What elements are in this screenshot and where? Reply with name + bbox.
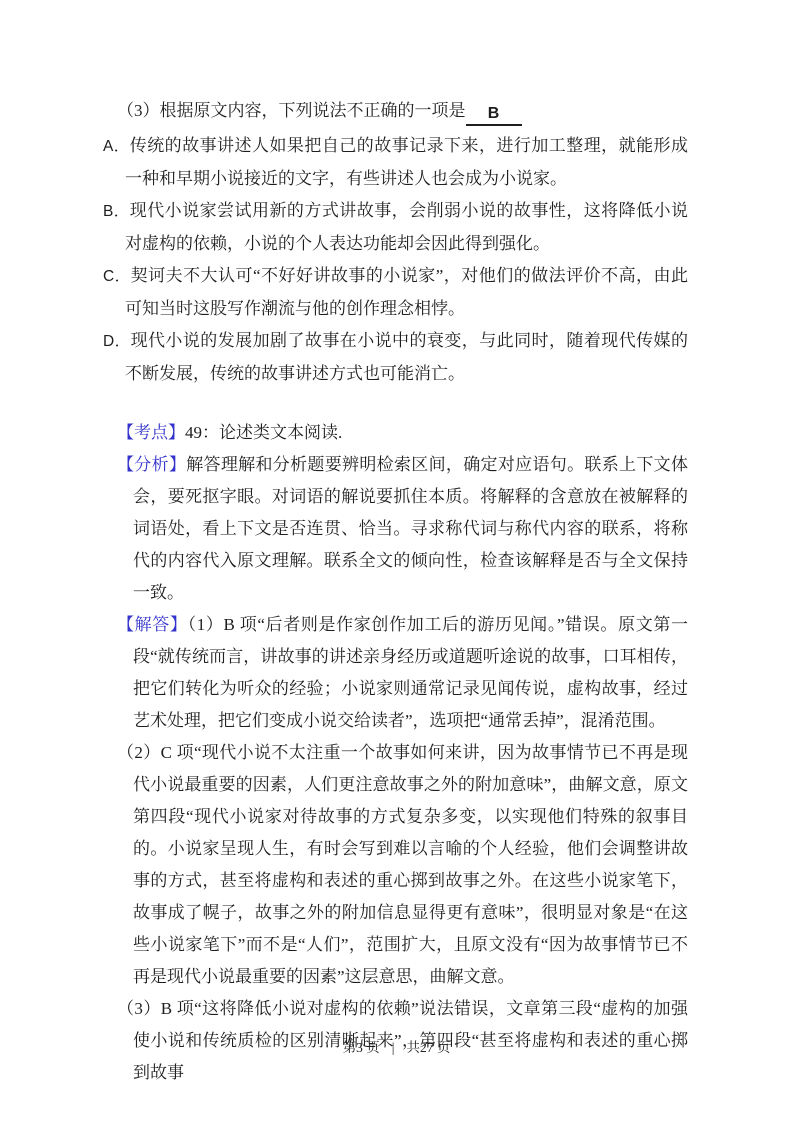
jieda-label: 【解答】 [117,615,188,634]
option-d-text: 现代小说的发展加剧了故事在小说中的衰变，与此同时，随着现代传媒的不断发展，传统的… [125,331,688,383]
explanation-sections: 【考点】49：论述类文本阅读. 【分析】解答理解和分析题要辨明检索区间，确定对应… [103,417,688,1089]
question-line: （3）根据原文内容，下列说法不正确的一项是B [103,95,688,127]
section-fenxi: 【分析】解答理解和分析题要辨明检索区间，确定对应语句。联系上下文体会，要死抠字眼… [103,449,688,609]
option-d-letter: D． [103,333,131,350]
option-b-text: 现代小说家尝试用新的方式讲故事，会削弱小说的故事性，这将降低小说对虚构的依赖，小… [125,201,688,253]
section-jieda-paragraph-2: （2）C 项“现代小说不太注重一个故事如何来讲，因为故事情节已不再是现代小说最重… [103,737,688,993]
option-a: A．传统的故事讲述人如果把自己的故事记录下来，进行加工整理，就能形成一种和早期小… [103,130,688,195]
footer-separator: | [392,1040,395,1055]
option-a-letter: A． [103,138,130,155]
page-footer: 第3 页|共27 页 [0,1038,793,1058]
option-b: B．现代小说家尝试用新的方式讲故事，会削弱小说的故事性，这将降低小说对虚构的依赖… [103,195,688,260]
jieda-paragraph-1-text: （1）B 项“后者则是作家创作加工后的游历见闻。”错误。原文第一段“就传统而言，… [133,615,688,730]
option-b-letter: B． [103,203,130,220]
option-c: C．契诃夫不大认可“不好好讲故事的小说家”，对他们的做法评价不高，由此可知当时这… [103,260,688,325]
option-c-text: 契诃夫不大认可“不好好讲故事的小说家”，对他们的做法评价不高，由此可知当时这股写… [125,266,688,318]
question-prompt: （3）根据原文内容，下列说法不正确的一项是 [117,101,466,120]
option-a-text: 传统的故事讲述人如果把自己的故事记录下来，进行加工整理，就能形成一种和早期小说接… [125,136,688,188]
answer-blank: B [466,104,522,126]
footer-page-number: 第3 页 [343,1040,380,1055]
fenxi-text: 解答理解和分析题要辨明检索区间，确定对应语句。联系上下文体会，要死抠字眼。对词语… [133,455,688,602]
kaodian-label: 【考点】 [117,423,185,442]
option-c-letter: C． [103,268,131,285]
fenxi-label: 【分析】 [117,455,186,474]
section-jieda-paragraph-1: 【解答】（1）B 项“后者则是作家创作加工后的游历见闻。”错误。原文第一段“就传… [103,609,688,737]
section-kaodian: 【考点】49：论述类文本阅读. [103,417,688,449]
document-content: （3）根据原文内容，下列说法不正确的一项是B A．传统的故事讲述人如果把自己的故… [103,95,688,1089]
kaodian-text: 49：论述类文本阅读. [185,423,342,442]
option-d: D．现代小说的发展加剧了故事在小说中的衰变，与此同时，随着现代传媒的不断发展，传… [103,325,688,390]
answer-value: B [488,105,500,122]
footer-total-pages: 共27 页 [406,1040,450,1055]
document-page: （3）根据原文内容，下列说法不正确的一项是B A．传统的故事讲述人如果把自己的故… [0,0,793,1122]
